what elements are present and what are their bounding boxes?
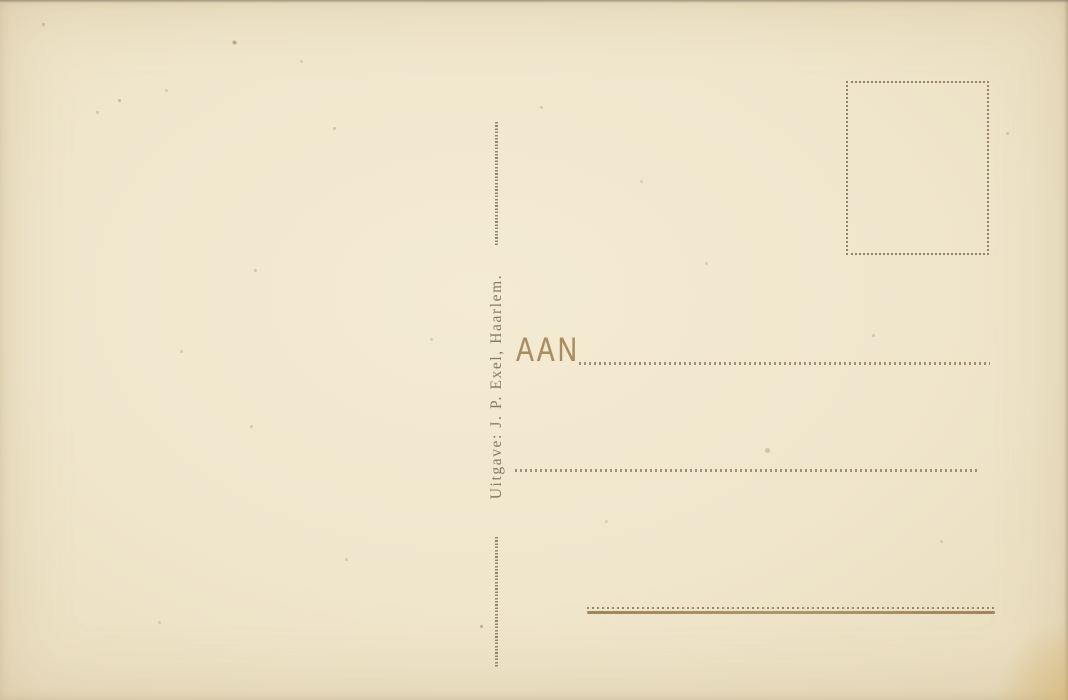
top-edge-shadow — [0, 0, 1068, 3]
right-edge-shadow — [1064, 0, 1068, 700]
corner-stain — [998, 620, 1068, 700]
address-line-bottom-dots — [587, 607, 995, 609]
address-to-label: AAN — [516, 334, 580, 366]
address-line-bottom — [587, 607, 995, 615]
address-line-bottom-rule — [587, 611, 995, 614]
stamp-box — [846, 81, 989, 255]
divider-line-top — [495, 122, 498, 246]
postcard-back: Uitgave: J. P. Exel, Haarlem. AAN — [0, 0, 1068, 700]
publisher-imprint: Uitgave: J. P. Exel, Haarlem. — [487, 250, 507, 523]
address-line-to — [579, 362, 990, 365]
divider-line-bottom — [495, 537, 498, 667]
address-line-middle — [515, 469, 977, 472]
